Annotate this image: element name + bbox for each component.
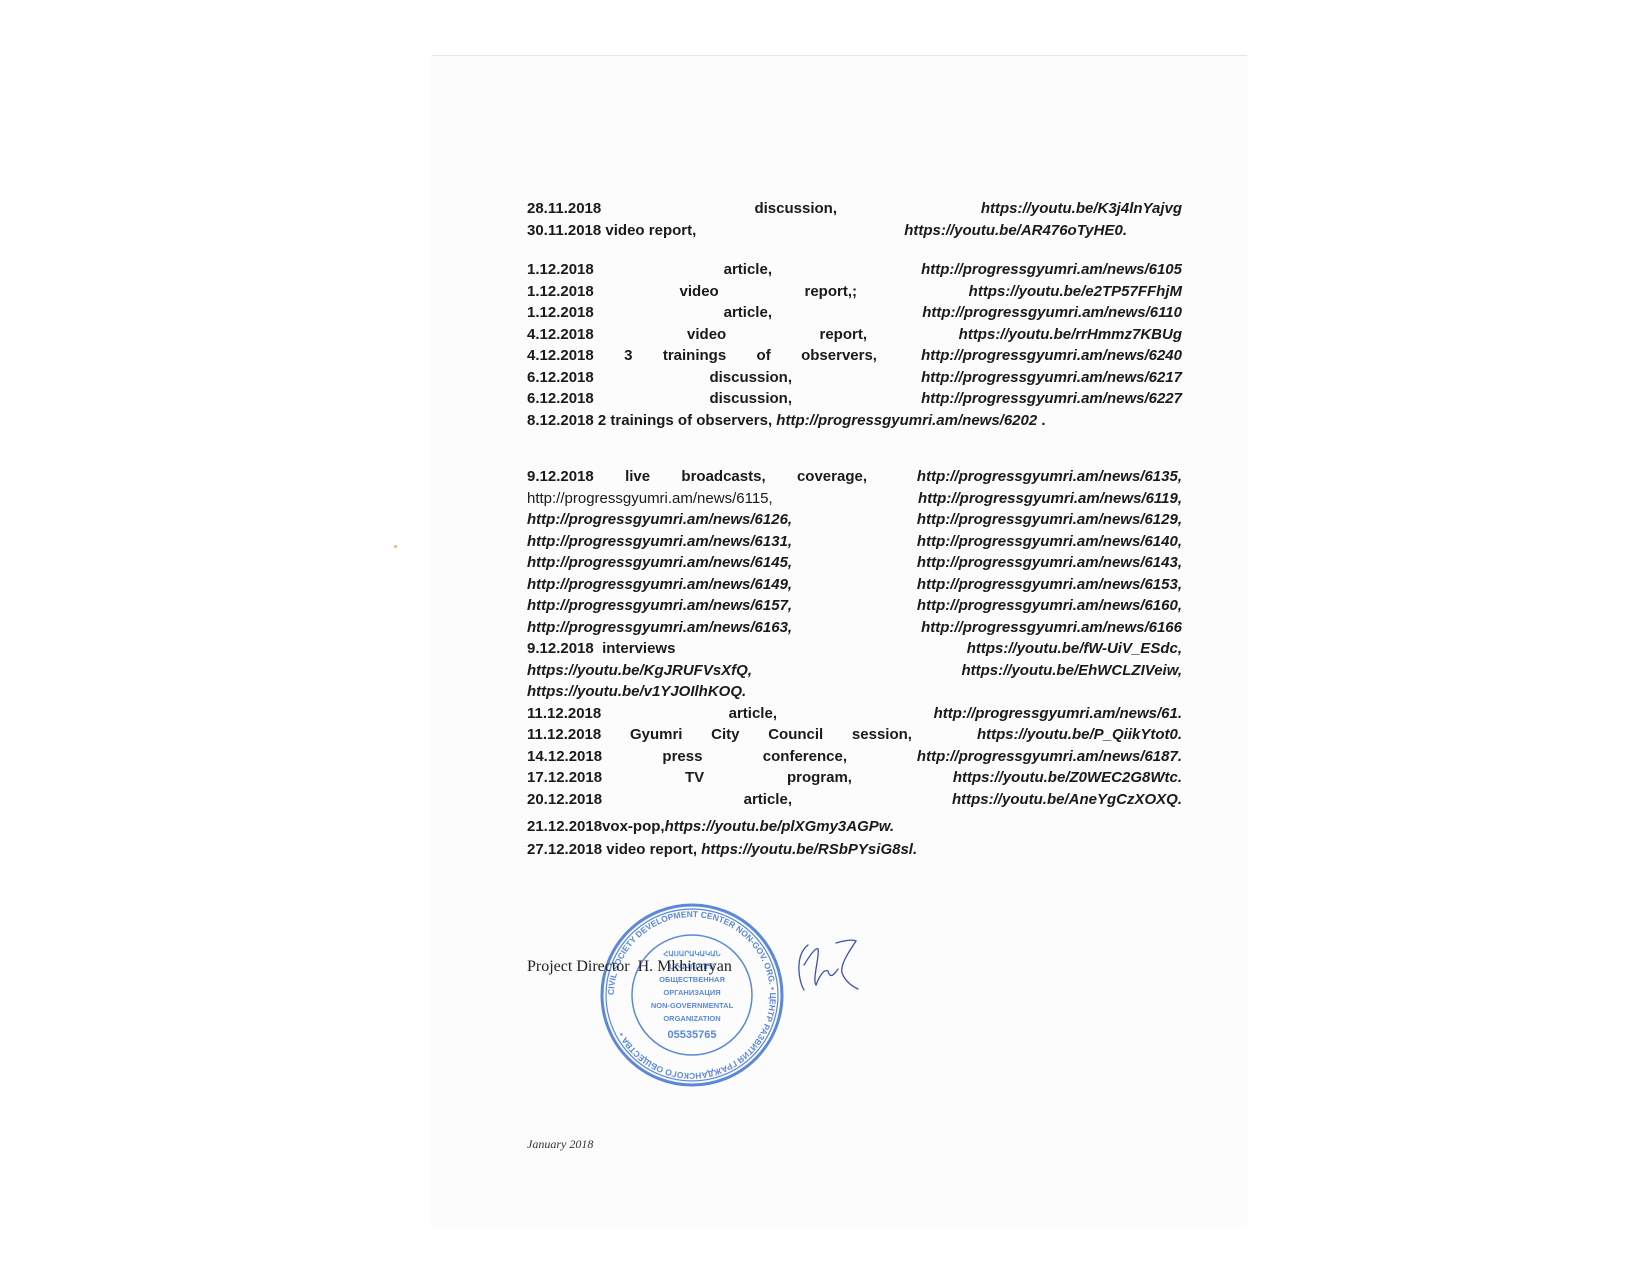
link-pair-row: http://progressgyumri.am/news/6157,http:…: [527, 595, 1182, 617]
signature-line: Project Director H. Mkhitaryan: [527, 958, 732, 976]
entry-row: 17.12.2018TVprogram, https://youtu.be/Z0…: [527, 767, 1182, 789]
entry-row: 30.11.2018 video report, https://youtu.b…: [527, 220, 1182, 242]
entry-type: article,: [724, 259, 772, 281]
entry-row-21dec: 21.12.2018vox-pop,https://youtu.be/plXGm…: [527, 816, 1182, 838]
december-entries-a: 1.12.2018article, http://progressgyumri.…: [527, 259, 1182, 431]
entry-row: 4.12.2018videoreport, https://youtu.be/r…: [527, 324, 1182, 346]
entry-row: 20.12.2018article, https://youtu.be/AneY…: [527, 789, 1182, 811]
entry-link[interactable]: http://progressgyumri.am/news/6126,: [527, 509, 792, 531]
link-pairs: http://progressgyumri.am/news/6115,http:…: [527, 488, 1182, 639]
broadcasts-header-row: 9.12.2018 live broadcasts, coverage, htt…: [527, 466, 1182, 488]
entry-type-a: video: [687, 324, 726, 346]
entry-link[interactable]: http://progressgyumri.am/news/6149,: [527, 574, 792, 596]
entry-type-a: video: [680, 281, 719, 303]
entry-row: 11.12.2018article, http://progressgyumri…: [527, 703, 1182, 725]
entry-date: 4.12.2018: [527, 345, 594, 367]
entry-word: press: [662, 746, 702, 768]
link-pair-row: http://progressgyumri.am/news/6131,http:…: [527, 531, 1182, 553]
entry-type: article,: [729, 703, 777, 725]
entry-link[interactable]: http://progressgyumri.am/news/6202: [776, 412, 1037, 429]
entry-row: 6.12.2018discussion, http://progressgyum…: [527, 388, 1182, 410]
entry-row-27dec: 27.12.2018 video report, https://youtu.b…: [527, 839, 1182, 861]
entry-date: 17.12.2018: [527, 767, 602, 789]
entry-link[interactable]: http://progressgyumri.am/news/6119,: [918, 488, 1182, 510]
broadcasts-block: 9.12.2018 live broadcasts, coverage, htt…: [527, 466, 1182, 860]
entry-row: 14.12.2018pressconference, http://progre…: [527, 746, 1182, 768]
entry-type: discussion,: [709, 367, 792, 389]
entry-link[interactable]: http://progressgyumri.am/news/6115,: [527, 488, 773, 510]
entry-link[interactable]: http://progressgyumri.am/news/6163,: [527, 617, 792, 639]
entry-word: broadcasts,: [681, 466, 765, 488]
entry-tail: .: [1037, 412, 1045, 429]
stamp-line: ОБЩЕСТВЕННАЯ: [659, 975, 725, 984]
handwritten-signature: [790, 935, 860, 995]
stamp-line: ՀԱՍԱՐԱԿԱԿԱՆ: [663, 950, 720, 958]
entry-row: 1.12.2018article, http://progressgyumri.…: [527, 302, 1182, 324]
entry-link[interactable]: https://youtu.be/AneYgCzXOXQ.: [952, 789, 1182, 811]
entry-date: 14.12.2018: [527, 746, 602, 768]
entry-link[interactable]: https://youtu.be/RSbPYsiG8sl.: [701, 841, 917, 858]
entry-link[interactable]: https://youtu.be/rrHmmz7KBUg: [959, 324, 1182, 346]
entry-type: article,: [724, 302, 772, 324]
entry-link[interactable]: http://progressgyumri.am/news/6110: [922, 302, 1182, 324]
entry-word: observers,: [801, 345, 877, 367]
entry-link[interactable]: http://progressgyumri.am/news/6140,: [917, 531, 1182, 553]
link-pair-row: http://progressgyumri.am/news/6115,http:…: [527, 488, 1182, 510]
entry-type: discussion,: [754, 198, 837, 220]
entry-word: live: [625, 466, 650, 488]
entry-link[interactable]: https://youtu.be/fW-UiV_ESdc,: [967, 638, 1182, 660]
stamp-line: ОРГАНИЗАЦИЯ: [663, 988, 720, 997]
entry-word: Gyumri: [630, 724, 683, 746]
entry-link[interactable]: https://youtu.be/AR476oTyHE0.: [904, 220, 1127, 242]
entry-date: 11.12.2018: [527, 703, 601, 725]
entry-row: 4.12.20183trainingsofobservers, http://p…: [527, 345, 1182, 367]
entry-row: 6.12.2018discussion, http://progressgyum…: [527, 367, 1182, 389]
entry-type: article,: [744, 789, 792, 811]
entry-row: 11.12.2018GyumriCityCouncilsession, http…: [527, 724, 1182, 746]
entry-link[interactable]: http://progressgyumri.am/news/6105: [921, 259, 1182, 281]
entry-link[interactable]: http://progressgyumri.am/news/6145,: [527, 552, 792, 574]
organization-stamp: CIVIL SOCIETY DEVELOPMENT CENTER NON-GOV…: [597, 900, 787, 1090]
entry-link[interactable]: https://youtu.be/K3j4lnYajvg: [981, 198, 1182, 220]
entry-word: City: [711, 724, 739, 746]
entry-link[interactable]: http://progressgyumri.am/news/6131,: [527, 531, 792, 553]
entry-link[interactable]: http://progressgyumri.am/news/6135,: [917, 466, 1182, 488]
entry-date: 6.12.2018: [527, 388, 594, 410]
interviews-row: https://youtu.be/v1YJOIlhKOQ.: [527, 681, 1182, 703]
entry-link[interactable]: http://progressgyumri.am/news/6129,: [917, 509, 1182, 531]
entry-link[interactable]: https://youtu.be/EhWCLZIVeiw,: [961, 660, 1182, 682]
entry-link[interactable]: https://youtu.be/KgJRUFVsXfQ,: [527, 660, 752, 682]
entry-link[interactable]: http://progressgyumri.am/news/61.: [934, 703, 1182, 725]
entry-link[interactable]: https://youtu.be/plXGmy3AGPw.: [665, 818, 894, 835]
interviews-row: 9.12.2018 interviews https://youtu.be/fW…: [527, 638, 1182, 660]
entry-word: 3: [624, 345, 632, 367]
scan-speck: [394, 545, 397, 548]
entry-date: 20.12.2018: [527, 789, 602, 811]
entry-word: trainings: [663, 345, 726, 367]
link-pair-row: http://progressgyumri.am/news/6126,http:…: [527, 509, 1182, 531]
link-pair-row: http://progressgyumri.am/news/6145,http:…: [527, 552, 1182, 574]
entry-date: 1.12.2018: [527, 302, 594, 324]
entry-date-type: 30.11.2018 video report,: [527, 220, 696, 242]
entry-word: Council: [768, 724, 823, 746]
entry-link[interactable]: https://youtu.be/Z0WEC2G8Wtc.: [953, 767, 1182, 789]
stamp-line: ORGANIZATION: [663, 1014, 720, 1023]
stamp-line: 05535765: [668, 1029, 717, 1041]
entry-link[interactable]: http://progressgyumri.am/news/6227: [921, 388, 1182, 410]
entry-text: 8.12.2018 2 trainings of observers,: [527, 412, 776, 429]
stamp-line: NON-GOVERNMENTAL: [651, 1001, 734, 1010]
entry-link[interactable]: http://progressgyumri.am/news/6240: [921, 345, 1182, 367]
entry-row: 1.12.2018article, http://progressgyumri.…: [527, 259, 1182, 281]
entry-link[interactable]: http://progressgyumri.am/news/6143,: [917, 552, 1182, 574]
entry-word: TV: [685, 767, 704, 789]
entry-date: 6.12.2018: [527, 367, 594, 389]
entry-type-b: report,;: [804, 281, 857, 303]
entry-link[interactable]: https://youtu.be/v1YJOIlhKOQ.: [527, 683, 746, 700]
interviews-row: https://youtu.be/KgJRUFVsXfQ, https://yo…: [527, 660, 1182, 682]
entry-date: 11.12.2018: [527, 724, 601, 746]
entry-word: program,: [787, 767, 852, 789]
entry-row-8dec: 8.12.2018 2 trainings of observers, http…: [527, 410, 1182, 432]
entry-link[interactable]: http://progressgyumri.am/news/6187.: [917, 746, 1182, 768]
entry-link[interactable]: http://progressgyumri.am/news/6157,: [527, 595, 792, 617]
footer-date: January 2018: [527, 1137, 593, 1152]
entry-link[interactable]: http://progressgyumri.am/news/6153,: [917, 574, 1182, 596]
entry-word: coverage,: [797, 466, 867, 488]
link-pair-row: http://progressgyumri.am/news/6149,http:…: [527, 574, 1182, 596]
entry-word: session,: [852, 724, 912, 746]
entry-type: discussion,: [709, 388, 792, 410]
entry-date: 1.12.2018: [527, 259, 594, 281]
november-entries: 28.11.2018 discussion, https://youtu.be/…: [527, 198, 1182, 241]
entry-date: 4.12.2018: [527, 324, 594, 346]
entry-word: conference,: [763, 746, 847, 768]
entry-link[interactable]: http://progressgyumri.am/news/6217: [921, 367, 1182, 389]
entry-row: 1.12.2018videoreport,; https://youtu.be/…: [527, 281, 1182, 303]
entry-link[interactable]: https://youtu.be/P_QiikYtot0.: [977, 724, 1182, 746]
entry-date: 28.11.2018: [527, 198, 601, 220]
entry-word: of: [757, 345, 771, 367]
entry-date: 9.12.2018: [527, 466, 594, 488]
entry-text: 27.12.2018 video report,: [527, 841, 701, 858]
entry-text: 21.12.2018vox-pop,: [527, 818, 665, 835]
entry-type-b: report,: [819, 324, 867, 346]
entry-link[interactable]: https://youtu.be/e2TP57FFhjM: [969, 281, 1182, 303]
entry-date: 1.12.2018: [527, 281, 594, 303]
interviews-label: 9.12.2018 interviews: [527, 638, 675, 660]
entry-link[interactable]: http://progressgyumri.am/news/6160,: [917, 595, 1182, 617]
entry-row: 28.11.2018 discussion, https://youtu.be/…: [527, 198, 1182, 220]
link-pair-row: http://progressgyumri.am/news/6163,http:…: [527, 617, 1182, 639]
entry-link[interactable]: http://progressgyumri.am/news/6166: [921, 617, 1182, 639]
